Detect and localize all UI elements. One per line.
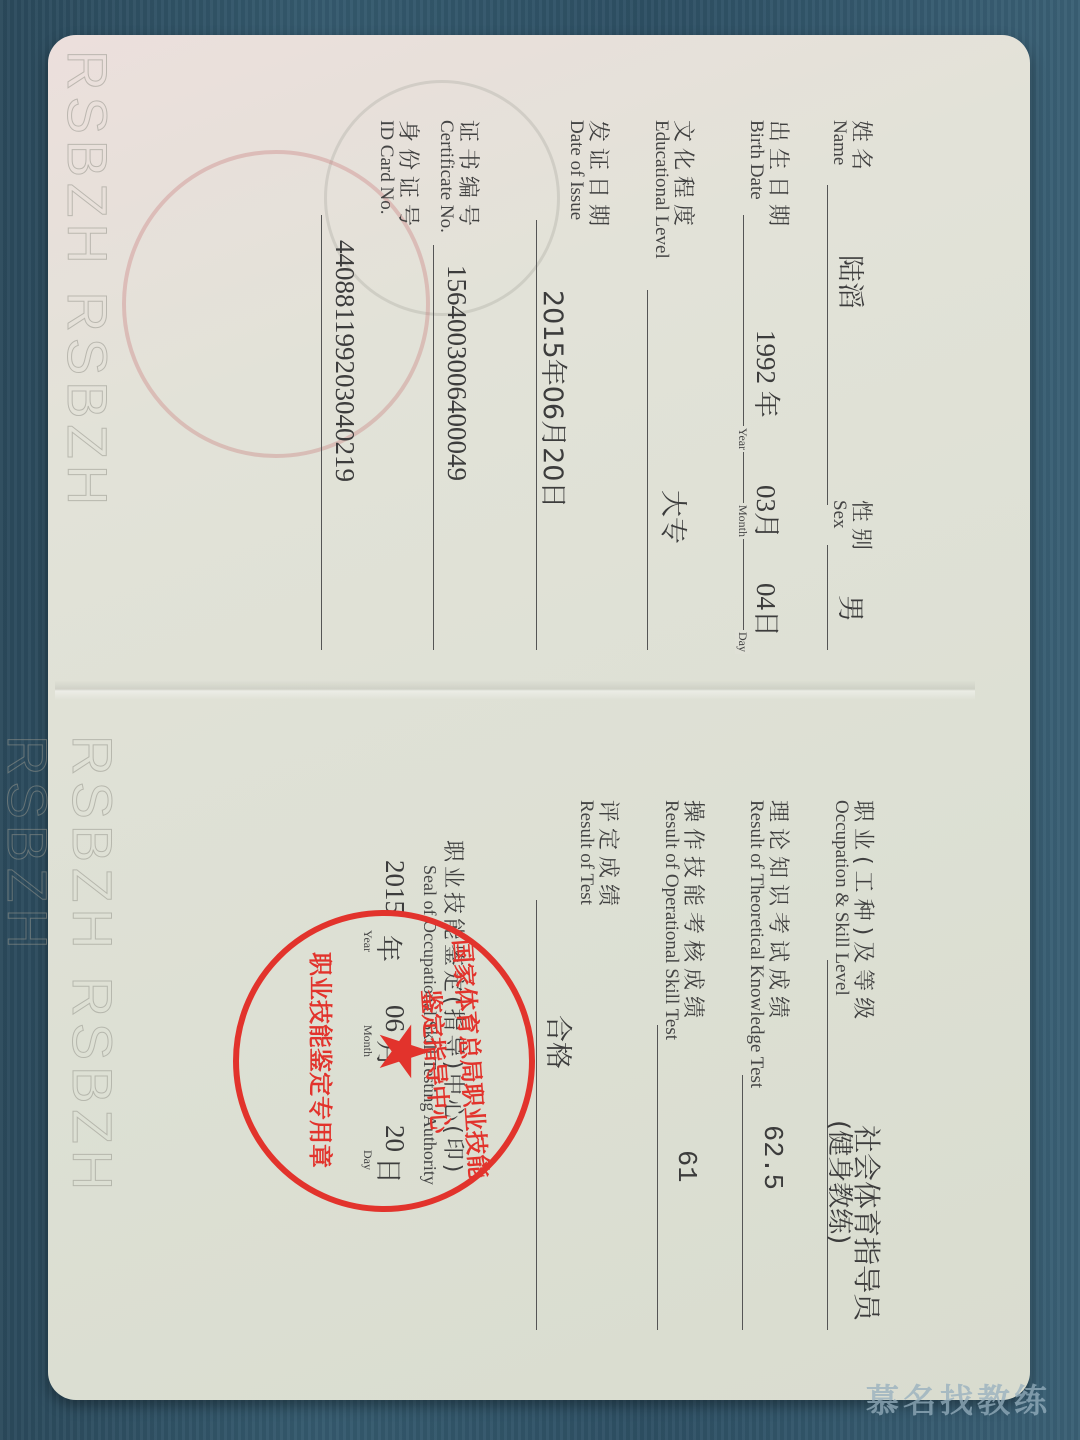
seal-stamp-bottom-text: 职业技能鉴定专用章 [305, 940, 340, 1180]
security-watermark: RSBZH RSBZH RSBZH [0, 735, 125, 1405]
education-value: 大专 [656, 490, 695, 544]
cert-no-underline [433, 245, 434, 650]
theory-value: 62.5 [756, 1125, 786, 1190]
operational-label-cn: 操作技能考核成绩 [679, 800, 710, 1024]
birth-label-en: Birth Date [745, 120, 767, 200]
results-page: RSBZH RSBZH RSBZH 职业(工种)及等级 Occupation &… [40, 725, 1000, 1405]
operational-underline [657, 1025, 658, 1330]
education-underline [647, 290, 648, 650]
cert-no-label-en: Certificate No. [435, 120, 457, 233]
issue-label-cn: 发证日期 [584, 120, 615, 232]
name-underline [827, 185, 828, 505]
birth-day: 04日 [749, 583, 788, 637]
issue-value: 2015年06月20日 [536, 290, 575, 508]
seal-star-icon: ★ [362, 1020, 445, 1083]
final-underline [536, 900, 537, 1330]
id-label-cn: 身份证号 [394, 120, 425, 232]
cert-no-value: 1564003006400049 [441, 265, 472, 481]
operational-value: 61 [670, 1150, 700, 1182]
occupation-label-en: Occupation & Skill Level [830, 800, 852, 996]
name-value: 陆滔 [833, 255, 872, 309]
name-label-cn: 姓名 [847, 120, 878, 176]
id-underline [321, 215, 322, 650]
sex-value: 男 [833, 595, 872, 622]
id-value: 440881199203040219 [329, 240, 360, 482]
education-label-cn: 文化程度 [669, 120, 700, 232]
occupation-value-line2: (健身教练) [823, 1120, 860, 1244]
operational-label-en: Result of Operational Skill Test [660, 800, 682, 1040]
id-label-en: ID Card No. [375, 120, 397, 214]
education-label-en: Educational Level [650, 120, 672, 259]
theory-label-en: Result of Theoretical Knowledge Test [745, 800, 767, 1088]
final-label-cn: 评定成绩 [594, 800, 625, 912]
theory-label-cn: 理论知识考试成绩 [764, 800, 795, 1024]
sex-label-cn: 性别 [847, 500, 878, 556]
sex-label-en: Sex [828, 500, 850, 529]
security-watermark: RSBZH RSBZH [55, 50, 120, 511]
final-value: 合格 [541, 1015, 580, 1069]
issue-label-en: Date of Issue [565, 120, 587, 220]
final-label-en: Result of Test [575, 800, 597, 905]
occupation-label-cn: 职业(工种)及等级 [849, 800, 880, 1025]
birth-month: 03月 [749, 485, 788, 539]
theory-underline [742, 1075, 743, 1330]
personal-info-page: RSBZH RSBZH 姓名 Name 陆滔 性别 Sex 男 出生日期 Bir… [40, 40, 1000, 720]
day-caption: Day [735, 630, 750, 654]
month-caption: Month [735, 503, 750, 539]
sex-underline [827, 545, 828, 650]
name-label-en: Name [828, 120, 850, 165]
seal-year: 2015 [379, 860, 410, 914]
birth-year: 1992 年 [749, 330, 788, 418]
birth-label-cn: 出生日期 [764, 120, 795, 232]
site-watermark: 慕名找教练 [866, 1375, 1051, 1422]
cert-no-label-cn: 证书编号 [454, 120, 485, 232]
year-caption: Year [735, 426, 750, 452]
